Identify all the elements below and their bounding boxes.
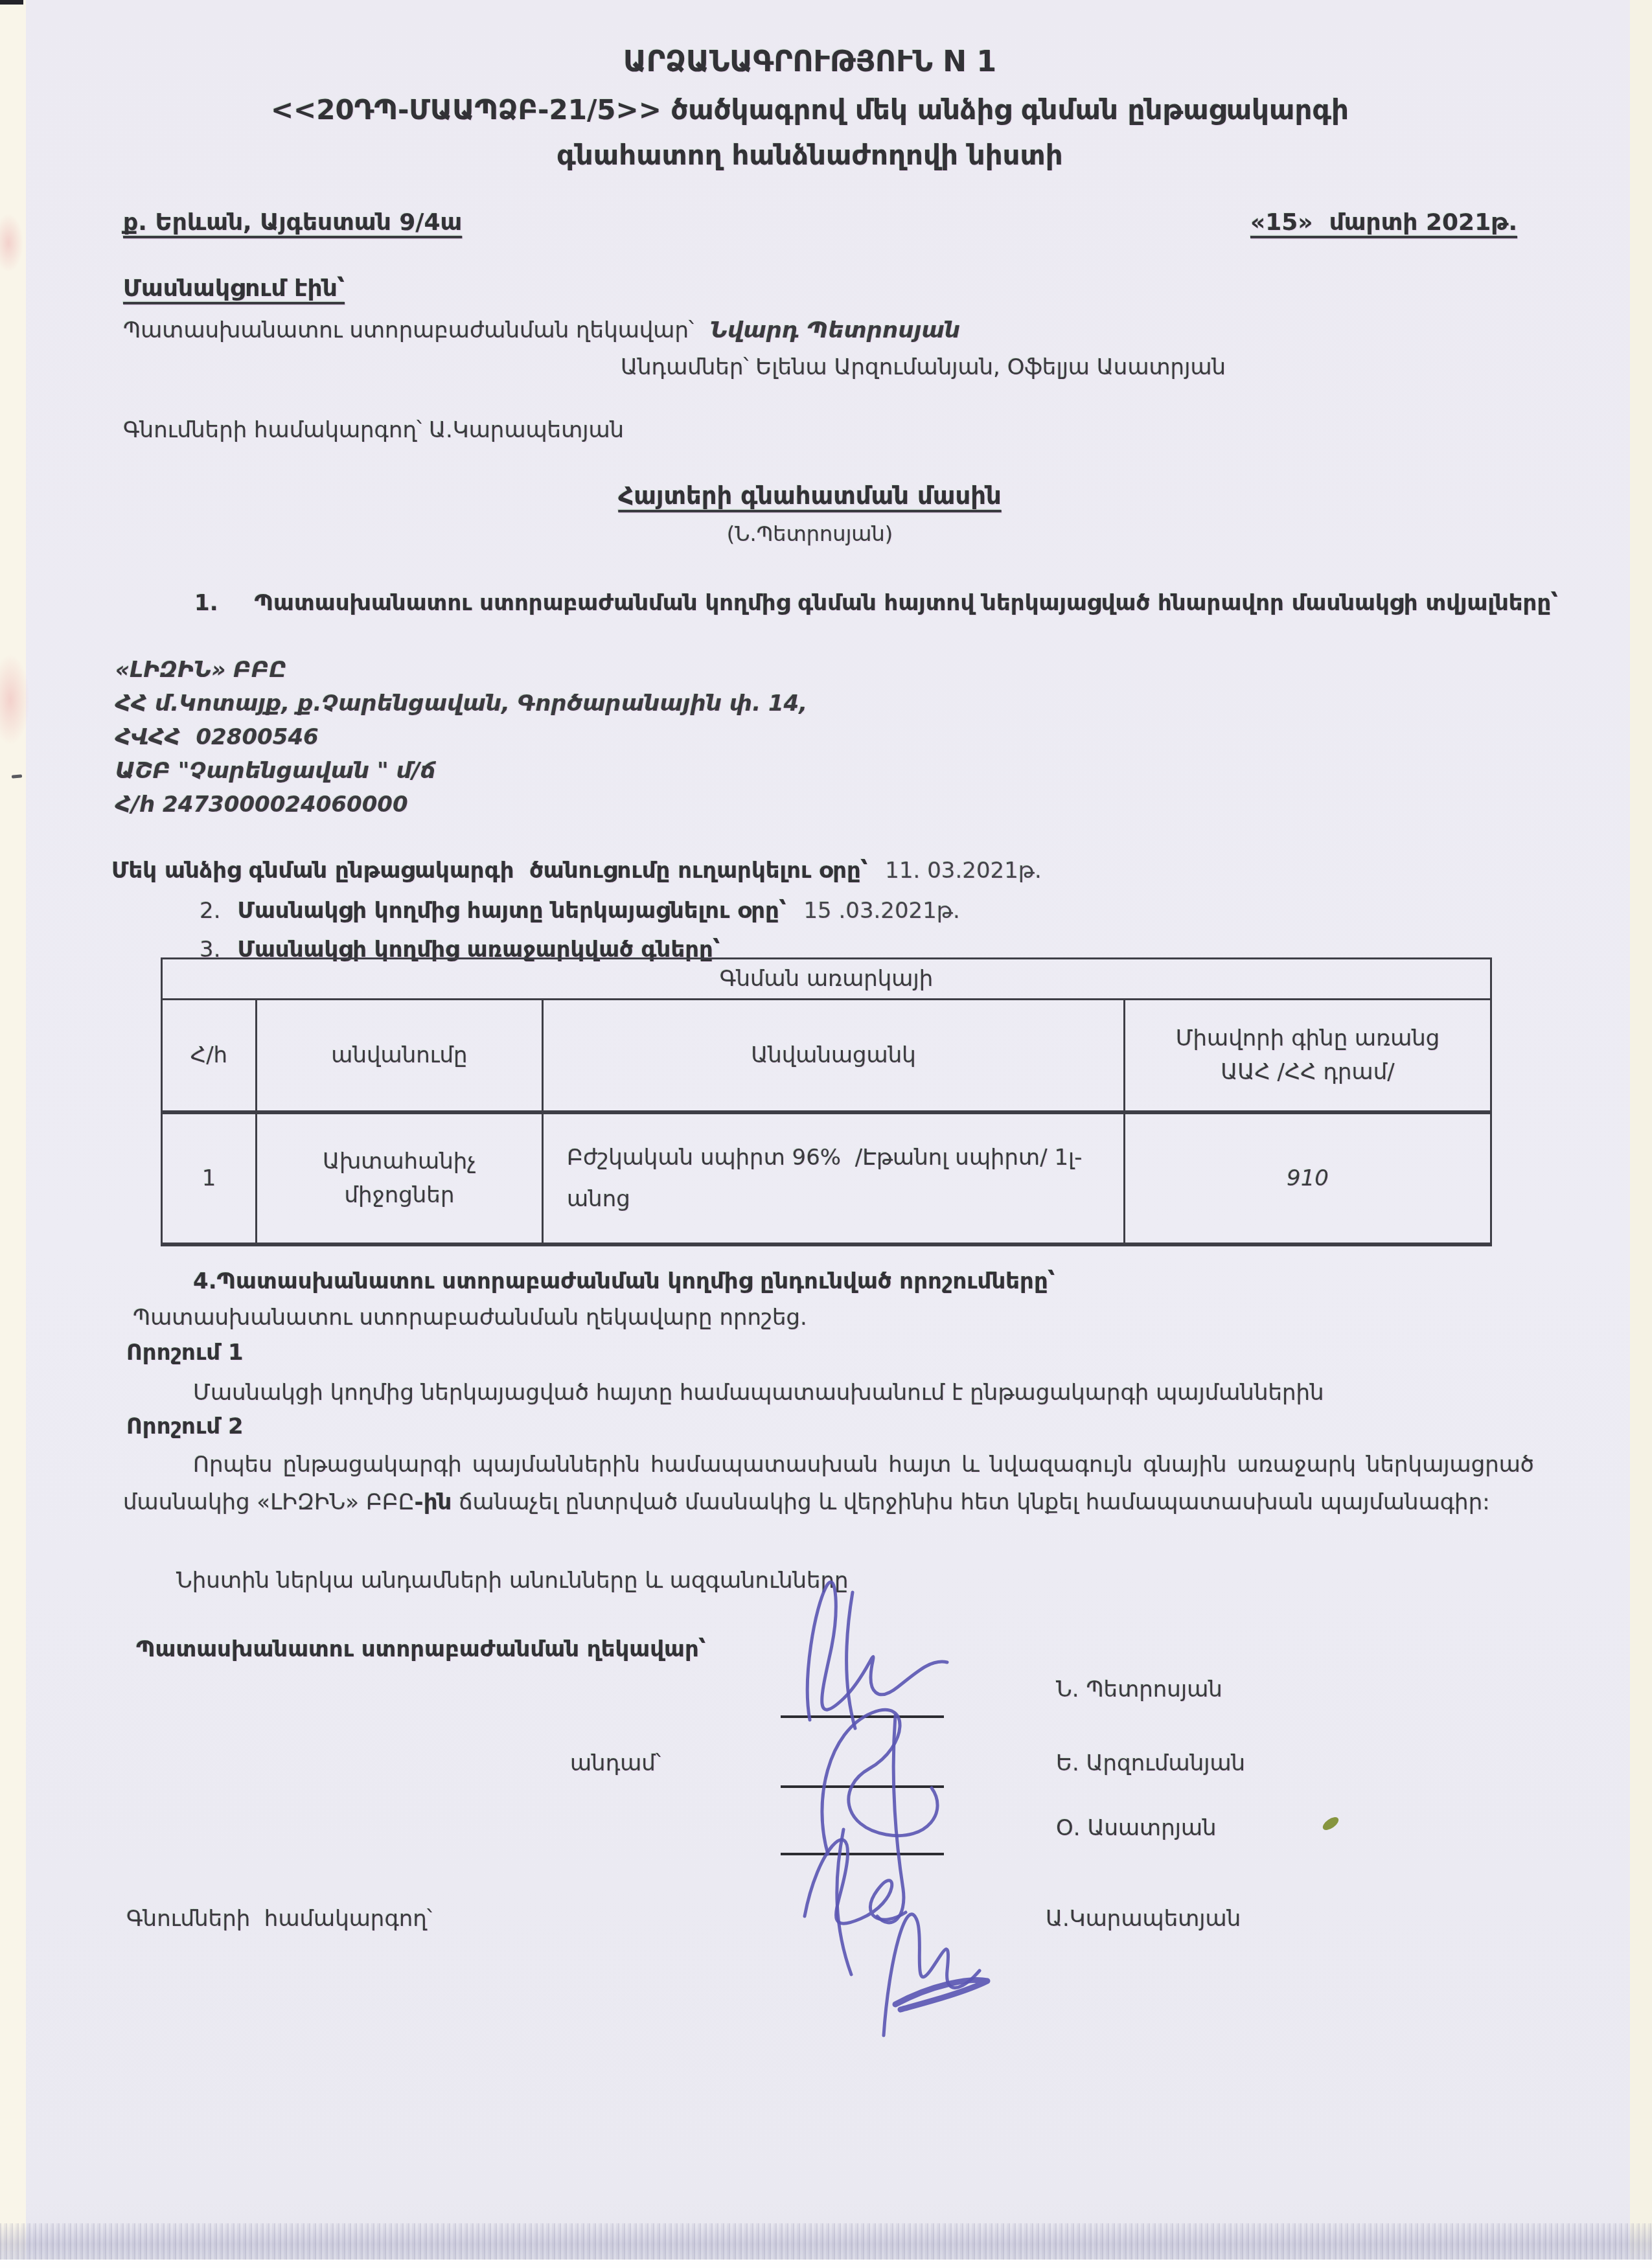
- decision2-text-2: ճանաչել ընտրված մասնակից և վերջինիս հետ …: [452, 1489, 1489, 1515]
- table-caption: Գնման առարկայի: [162, 959, 1491, 1000]
- company-tax-id: ՀՎՀՀ 02800546: [115, 720, 807, 754]
- notice-date-value: 11. 03.2021թ.: [885, 858, 1041, 884]
- notice-label: Մեկ անձից գնման ընթացակարգի ծանուցումը ո…: [111, 858, 868, 884]
- coordinator-line: Գնումների համակարգող՝ Ա.Կարապետյան: [123, 416, 624, 444]
- row-spec-cell: Բժշկական սպիրտ 96% /Էթանոլ սպիրտ/ 1լ-անո…: [543, 1112, 1125, 1244]
- item2-label: Մասնակցի կողմից հայտը ներկայացնելու օրը՝: [237, 898, 786, 924]
- subject-heading: Հայտերի գնահատման մասին: [26, 482, 1594, 510]
- decisions-heading: 4.Պատասխանատու ստորաբաժանման կողմից ընդո…: [193, 1267, 1055, 1296]
- column-header-unit-price: Միավորի գինը առանց ԱԱՀ /ՀՀ դրամ/: [1125, 1000, 1491, 1113]
- document-subtitle-code: <<20ԴՊ-ՄԱԱՊՁԲ-21/5>> ծածկագրով մեկ անձից…: [26, 93, 1594, 127]
- signing-member-label: անդամ՝: [570, 1749, 661, 1778]
- decision2-text-bold: -ին: [415, 1489, 452, 1515]
- item2-date-value: 15 .03.2021թ.: [803, 898, 959, 924]
- table-header-row: Հ/հ անվանումը Անվանացանկ Միավորի գինը առ…: [162, 1000, 1491, 1113]
- signer-name-karapetyan: Ա.Կարապետյան: [1046, 1905, 1241, 1933]
- date-line: «15» մարտի 2021թ.: [1250, 209, 1517, 237]
- row-price-cell: 910: [1125, 1112, 1491, 1244]
- column-header-name: անվանումը: [257, 1000, 543, 1113]
- signature-asatryan-ink: [805, 1829, 906, 1975]
- signing-head-label: Պատասխանատու ստորաբաժանման ղեկավար՝: [136, 1635, 706, 1664]
- decision1-text: Մասնակցի կողմից ներկայացված հայտը համապա…: [193, 1379, 1324, 1407]
- item2-number: 2.: [200, 898, 220, 924]
- signature-petrosyan-ink: [807, 1582, 947, 1728]
- table-row: 1 Ախտահանիչ միջոցներ Բժշկական սպիրտ 96% …: [162, 1112, 1491, 1244]
- column-header-spec: Անվանացանկ: [543, 1000, 1125, 1113]
- company-address: ՀՀ մ.Կոտայք, ք.Չարենցավան, Գործարանային …: [115, 687, 807, 720]
- participants-heading: Մասնակցում էին՝: [123, 275, 345, 303]
- signing-coordinator-label: Գնումների համակարգող՝: [126, 1905, 432, 1933]
- signature-karapetyan-ink: [884, 1914, 987, 2035]
- row-number-cell: 1: [162, 1112, 257, 1244]
- scan-edge-right: [1630, 0, 1652, 2268]
- scan-bottom-margin: [0, 2260, 1652, 2268]
- offered-prices-table: Գնման առարկայի Հ/հ անվանումը Անվանացանկ …: [161, 957, 1492, 1246]
- item1-paragraph: 1.Պատասխանատու ստորաբաժանման կողմից գնմա…: [194, 584, 1595, 622]
- handwritten-signatures: [745, 1555, 1037, 2073]
- company-bank: ԱՇԲ "Չարենցավան " մ/ճ: [115, 754, 807, 788]
- members-line: Անդամներ՝ Ելենա Արզումանյան, Օֆելյա Ասատ…: [621, 353, 1226, 382]
- scan-edge-left: [0, 0, 26, 2268]
- head-of-unit-name: Նվարդ Պետրոսյան: [710, 317, 960, 343]
- head-of-unit-label: Պատասխանատու ստորաբաժանման ղեկավար՝: [123, 317, 694, 343]
- table-caption-row: Գնման առարկայի: [162, 959, 1491, 1000]
- decision2-paragraph: Որպես ընթացակարգի պայմաններին համապատասխ…: [123, 1446, 1534, 1521]
- decision1-title: Որոշում 1: [126, 1338, 244, 1367]
- notice-date-line: Մեկ անձից գնման ընթացակարգի ծանուցումը ո…: [111, 856, 1042, 885]
- item1-number: 1.: [194, 590, 218, 616]
- item2-line: 2.Մասնակցի կողմից հայտը ներկայացնելու օր…: [200, 897, 960, 925]
- paper-edge-texture: [0, 2223, 1652, 2261]
- subject-reporter: (Ն.Պետրոսյան): [26, 520, 1594, 548]
- head-of-unit-line: Պատասխանատու ստորաբաժանման ղեկավար՝ Նվար…: [123, 316, 960, 345]
- document-subtitle: գնահատող հանձնաժողովի նիստի: [26, 139, 1594, 172]
- signer-name-petrosyan: Ն. Պետրոսյան: [1056, 1675, 1222, 1704]
- place-line: ք. Երևան, Այգեստան 9/4ա: [123, 209, 462, 237]
- scan-corner-mark: [0, 0, 23, 5]
- company-account: Հ/հ 2473000024060000: [115, 788, 807, 821]
- company-name: «ԼԻԶԻՆ» ԲԲԸ: [115, 653, 807, 687]
- decision2-title: Որոշում 2: [126, 1412, 244, 1441]
- signer-name-arzumanyan: Ե. Արզումանյան: [1056, 1749, 1245, 1778]
- participant-company-block: «ԼԻԶԻՆ» ԲԲԸ ՀՀ մ.Կոտայք, ք.Չարենցավան, Գ…: [115, 653, 807, 821]
- decisions-intro: Պատասխանատու ստորաբաժանման ղեկավարը որոշ…: [133, 1303, 807, 1332]
- column-header-number: Հ/հ: [162, 1000, 257, 1113]
- row-name-cell: Ախտահանիչ միջոցներ: [257, 1112, 543, 1244]
- scanned-page: ԱՐՁԱՆԱԳՐՈՒԹՅՈՒՆ N 1 <<20ԴՊ-ՄԱԱՊՁԲ-21/5>>…: [0, 0, 1652, 2268]
- document-title: ԱՐՁԱՆԱԳՐՈՒԹՅՈՒՆ N 1: [26, 45, 1594, 79]
- signer-name-asatryan: Օ. Ասատրյան: [1056, 1814, 1217, 1842]
- ink-speck-green: [1321, 1815, 1341, 1833]
- item1-text: Պատասխանատու ստորաբաժանման կողմից գնման …: [255, 590, 1558, 616]
